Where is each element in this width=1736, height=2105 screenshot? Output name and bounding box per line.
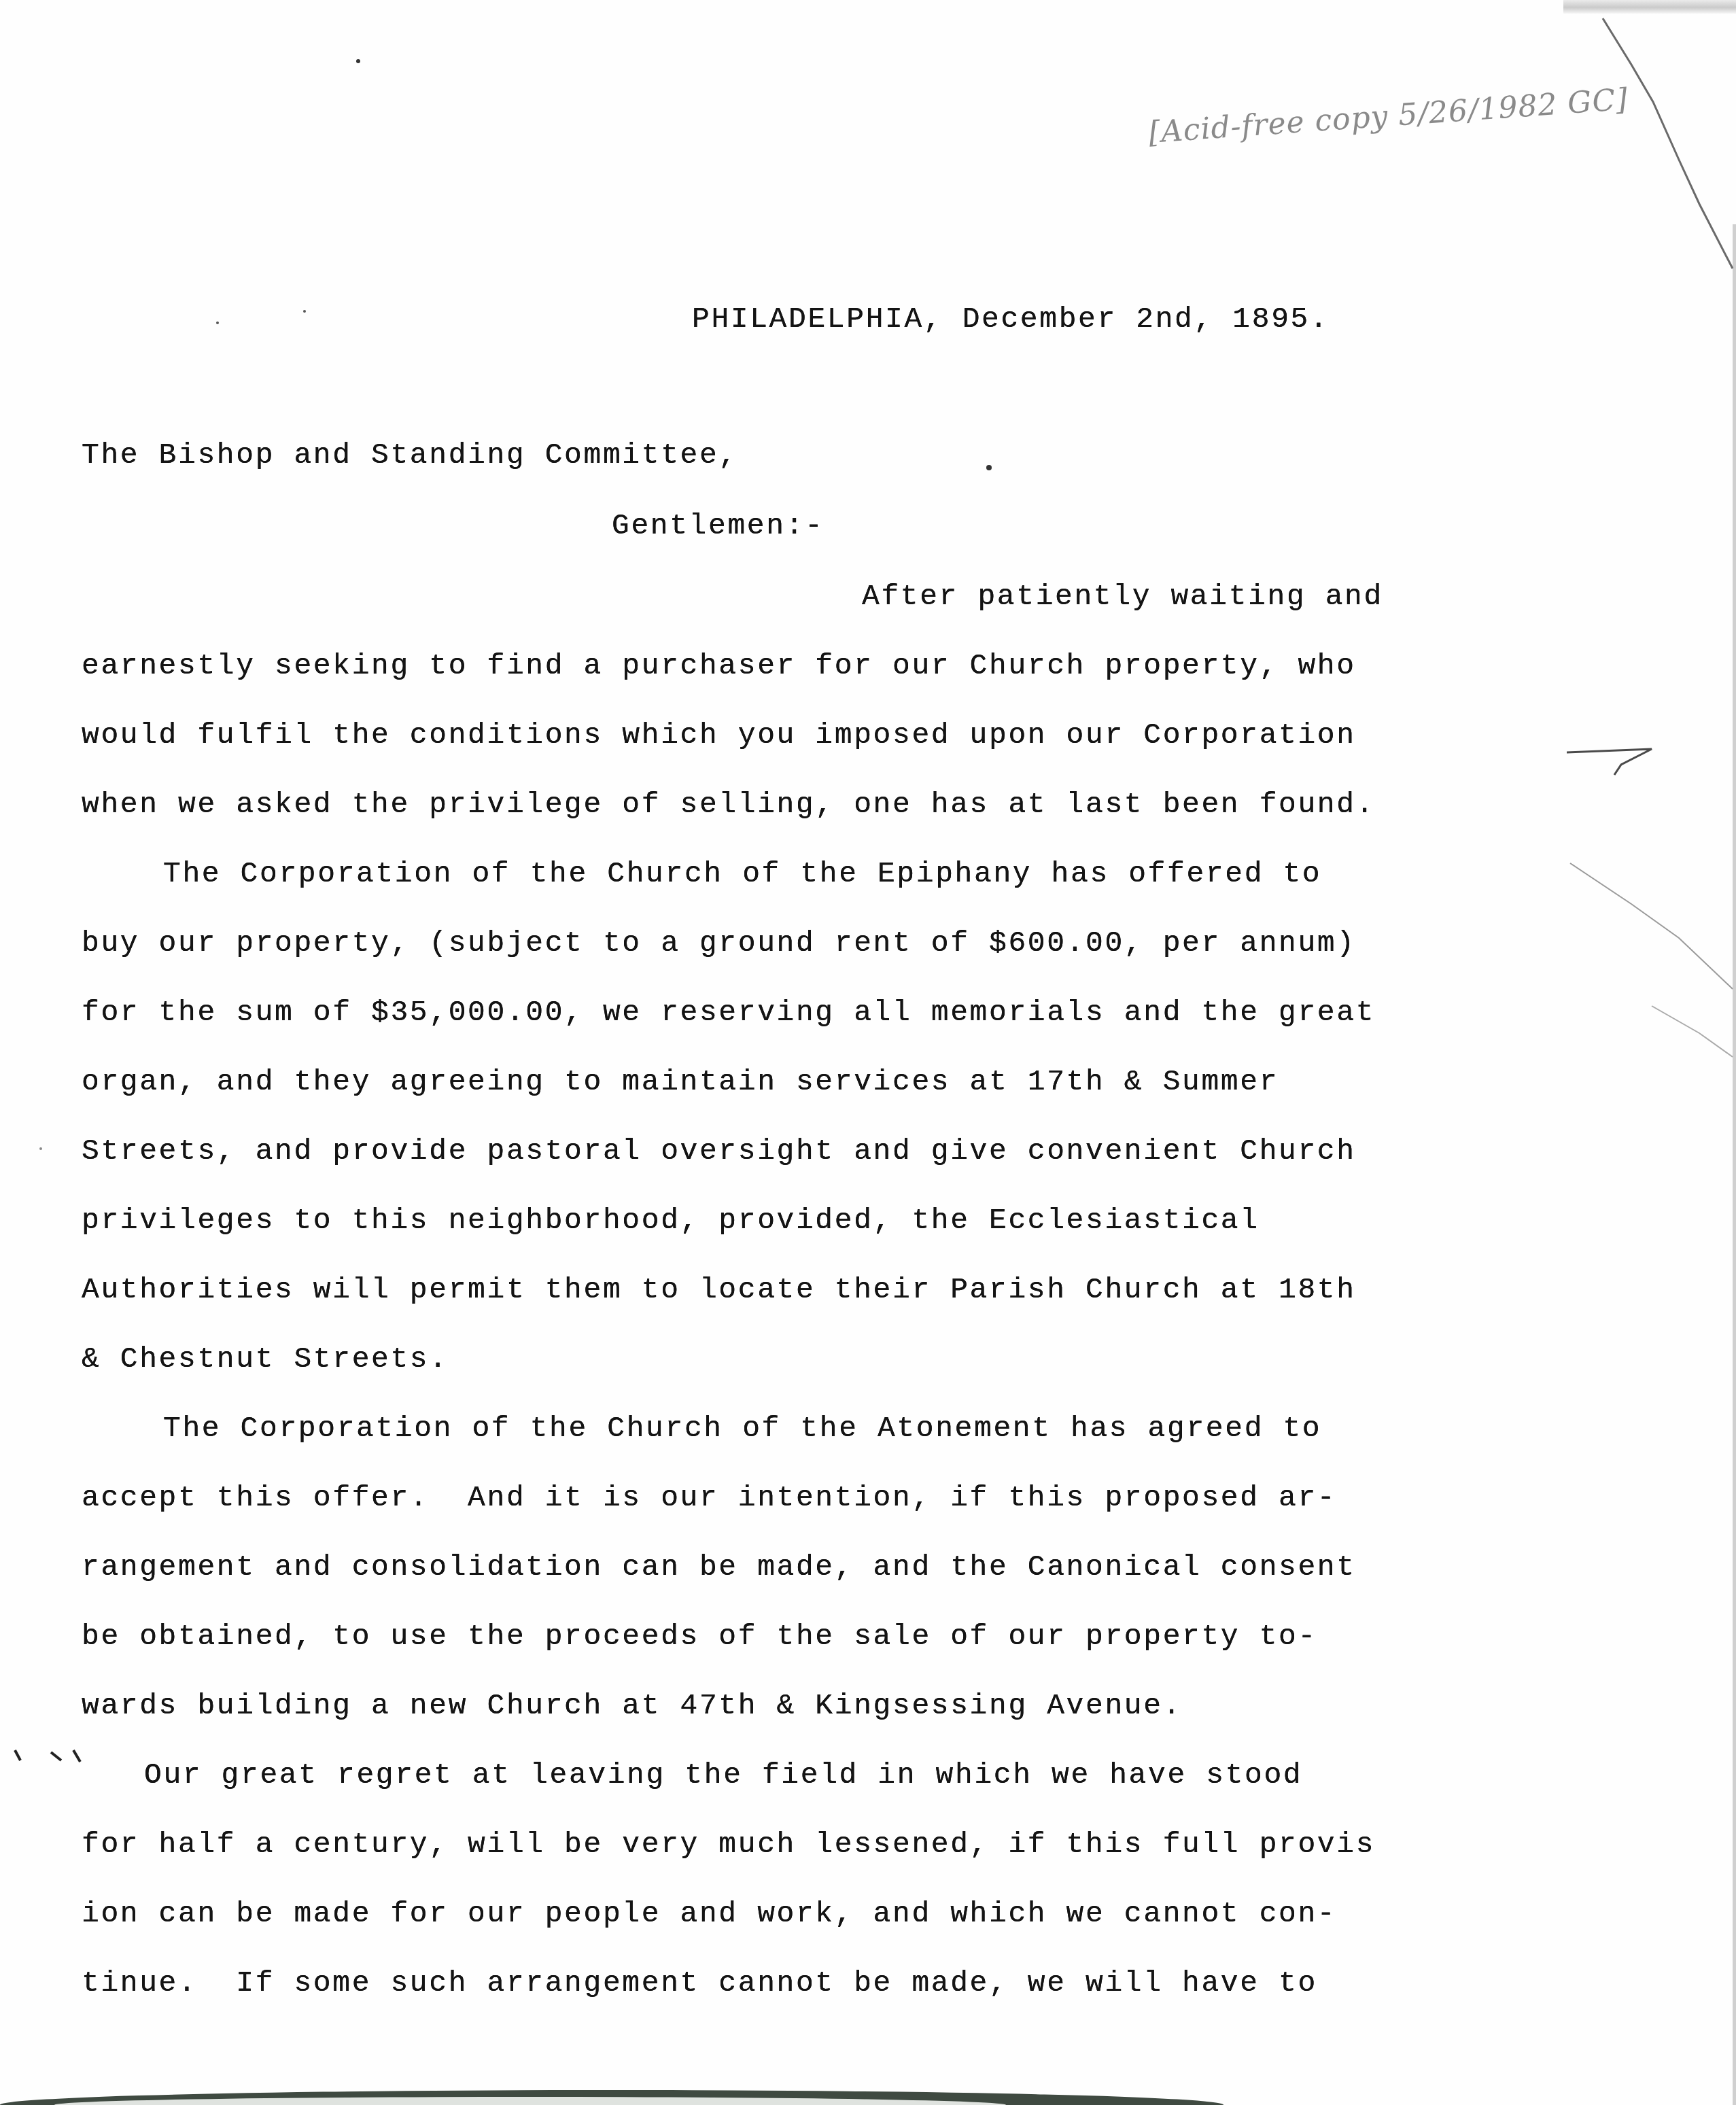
scan-right-edge (1733, 224, 1736, 2105)
body-line: ion can be made for our people and work,… (82, 1899, 1336, 1928)
dateline: PHILADELPHIA, December 2nd, 1895. (692, 305, 1329, 334)
body-line: The Corporation of the Church of the Epi… (163, 859, 1321, 888)
scan-top-edge (1563, 0, 1736, 14)
body-line: buy our property, (subject to a ground r… (82, 928, 1356, 958)
body-line: privileges to this neighborhood, provide… (82, 1206, 1260, 1235)
body-line: when we asked the privilege of selling, … (82, 790, 1375, 819)
handwritten-archival-note: [Acid-free copy 5/26/1982 GC] (1147, 82, 1629, 150)
body-line: accept this offer. And it is our intenti… (82, 1483, 1336, 1512)
body-line: earnestly seeking to find a purchaser fo… (82, 651, 1356, 680)
body-line: & Chestnut Streets. (82, 1344, 449, 1374)
body-line: The Corporation of the Church of the Ato… (163, 1414, 1321, 1443)
body-line: Streets, and provide pastoral oversight … (82, 1136, 1356, 1166)
body-line: be obtained, to use the proceeds of the … (82, 1622, 1317, 1651)
body-line: Our great regret at leaving the field in… (144, 1760, 1302, 1790)
body-line: for the sum of $35,000.00, we reserving … (82, 998, 1375, 1027)
body-line: would fulfil the conditions which you im… (82, 720, 1356, 750)
body-line: Authorities will permit them to locate t… (82, 1275, 1356, 1304)
addressee: The Bishop and Standing Committee, (82, 440, 738, 470)
body-line: After patiently waiting and (862, 582, 1383, 611)
salutation: Gentlemen:- (612, 511, 824, 540)
letter-page: [Acid-free copy 5/26/1982 GC] PHILADELPH… (0, 0, 1736, 2105)
body-line: for half a century, will be very much le… (82, 1830, 1375, 1859)
body-line: wards building a new Church at 47th & Ki… (82, 1691, 1182, 1720)
body-line: organ, and they agreeing to maintain ser… (82, 1067, 1279, 1096)
body-line: rangement and consolidation can be made,… (82, 1552, 1356, 1582)
body-line: tinue. If some such arrangement cannot b… (82, 1968, 1317, 1998)
